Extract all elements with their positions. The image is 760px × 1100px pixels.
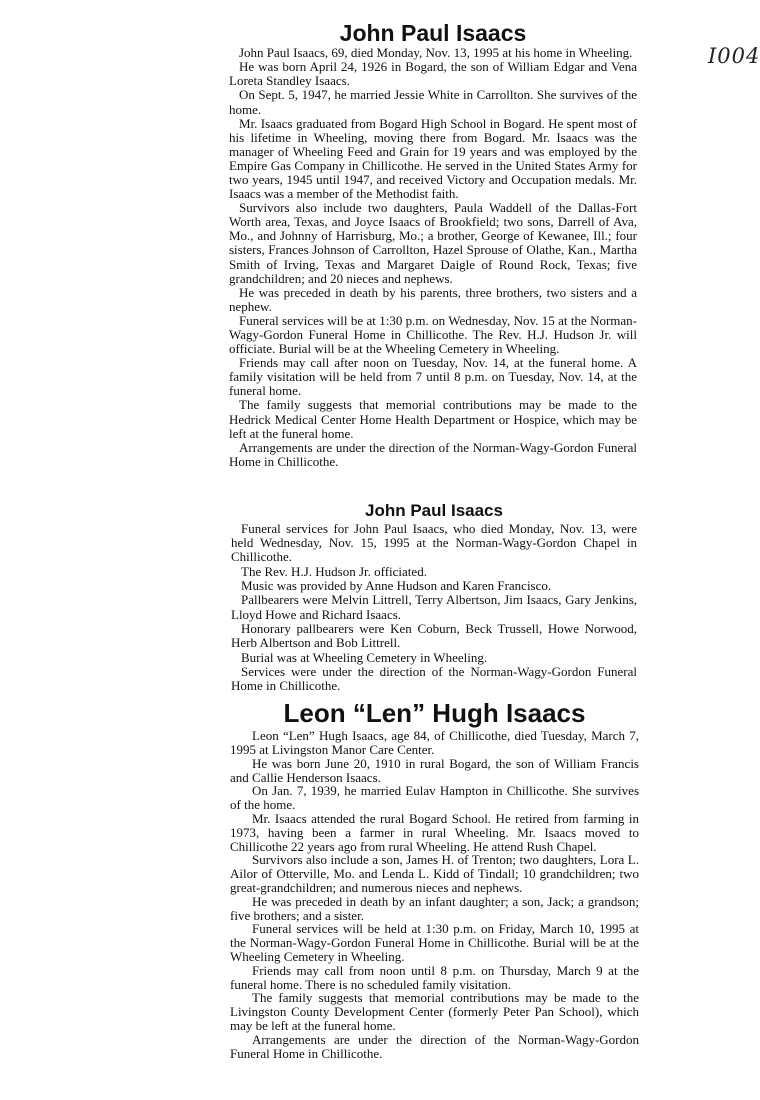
- paragraph: On Sept. 5, 1947, he married Jessie Whit…: [229, 88, 637, 116]
- paragraph: On Jan. 7, 1939, he married Eulav Hampto…: [230, 784, 639, 812]
- handwritten-page-number: I004: [708, 44, 760, 68]
- paragraph: Leon “Len” Hugh Isaacs, age 84, of Chill…: [230, 729, 639, 757]
- paragraph: Honorary pallbearers were Ken Coburn, Be…: [231, 622, 637, 651]
- paragraph: He was born April 24, 1926 in Bogard, th…: [229, 60, 637, 88]
- paragraph: Mr. Isaacs attended the rural Bogard Sch…: [230, 812, 639, 853]
- paragraph: The family suggests that memorial contri…: [229, 398, 637, 440]
- obituary-leon-hugh-isaacs: Leon “Len” Hugh Isaacs Leon “Len” Hugh I…: [230, 700, 639, 1060]
- paragraph: Friends may call after noon on Tuesday, …: [229, 356, 637, 398]
- paragraph: Mr. Isaacs graduated from Bogard High Sc…: [229, 117, 637, 202]
- paragraph: Funeral services will be held at 1:30 p.…: [230, 922, 639, 963]
- obituary-title: John Paul Isaacs: [229, 21, 637, 45]
- funeral-notice-john-paul-isaacs: John Paul Isaacs Funeral services for Jo…: [231, 502, 637, 693]
- paragraph: Survivors also include two daughters, Pa…: [229, 201, 637, 286]
- paragraph: John Paul Isaacs, 69, died Monday, Nov. …: [229, 46, 637, 60]
- paragraph: Survivors also include a son, James H. o…: [230, 853, 639, 894]
- paragraph: Funeral services will be at 1:30 p.m. on…: [229, 314, 637, 356]
- paragraph: The family suggests that memorial contri…: [230, 991, 639, 1032]
- paragraph: He was preceded in death by his parents,…: [229, 286, 637, 314]
- paragraph: He was preceded in death by an infant da…: [230, 895, 639, 923]
- obituary-title: John Paul Isaacs: [231, 502, 637, 520]
- paragraph: Pallbearers were Melvin Littrell, Terry …: [231, 593, 637, 622]
- paragraph: Burial was at Wheeling Cemetery in Wheel…: [231, 651, 637, 665]
- obituary-title: Leon “Len” Hugh Isaacs: [230, 700, 639, 727]
- paragraph: Arrangements are under the direction of …: [230, 1033, 639, 1061]
- paragraph: Friends may call from noon until 8 p.m. …: [230, 964, 639, 992]
- paragraph: The Rev. H.J. Hudson Jr. officiated.: [231, 565, 637, 579]
- obituary-john-paul-isaacs: John Paul Isaacs John Paul Isaacs, 69, d…: [229, 21, 637, 469]
- paragraph: Music was provided by Anne Hudson and Ka…: [231, 579, 637, 593]
- paragraph: Funeral services for John Paul Isaacs, w…: [231, 522, 637, 565]
- paragraph: Services were under the direction of the…: [231, 665, 637, 694]
- paragraph: Arrangements are under the direction of …: [229, 441, 637, 469]
- paragraph: He was born June 20, 1910 in rural Bogar…: [230, 757, 639, 785]
